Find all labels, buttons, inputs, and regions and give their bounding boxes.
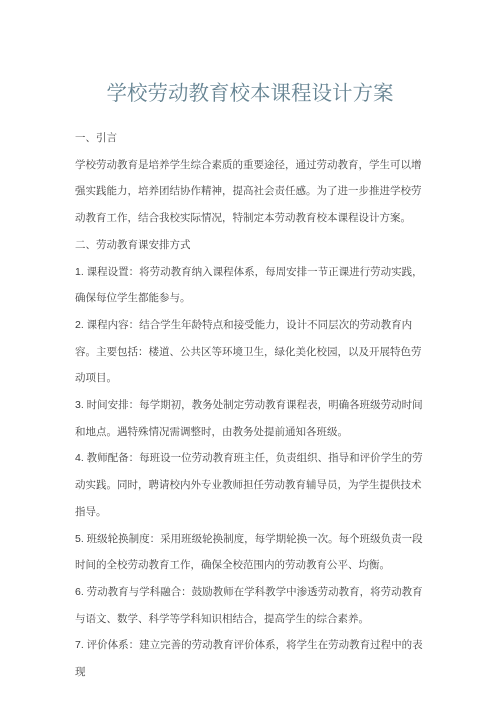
document-title: 学校劳动教育校本课程设计方案 — [20, 80, 480, 107]
document-page: 学校劳动教育校本课程设计方案 一、引言 学校劳动教育是培养学生综合素质的重要途径… — [0, 0, 500, 707]
intro-paragraph: 学校劳动教育是培养学生综合素质的重要途径，通过劳动教育，学生可以增强实践能力，培… — [75, 152, 430, 232]
section-heading-introduction: 一、引言 — [75, 125, 430, 152]
list-item-evaluation-system: 7. 评价体系：建立完善的劳动教育评价体系，将学生在劳动教育过程中的表现 — [75, 632, 430, 685]
list-item-course-content: 2. 课程内容：结合学生年龄特点和接受能力，设计不同层次的劳动教育内容。主要包括… — [75, 312, 430, 392]
section-heading-arrangement: 二、劳动教育课安排方式 — [75, 232, 430, 259]
list-item-subject-integration: 6. 劳动教育与学科融合：鼓励教师在学科教学中渗透劳动教育，将劳动教育与语文、数… — [75, 579, 430, 632]
document-body: 一、引言 学校劳动教育是培养学生综合素质的重要途径，通过劳动教育，学生可以增强实… — [75, 125, 430, 686]
list-item-teacher-staffing: 4. 教师配备：每班设一位劳动教育班主任，负责组织、指导和评价学生的劳动实践。同… — [75, 445, 430, 525]
list-item-time-schedule: 3. 时间安排：每学期初，教务处制定劳动教育课程表，明确各班级劳动时间和地点。遇… — [75, 392, 430, 445]
list-item-class-rotation: 5. 班级轮换制度：采用班级轮换制度，每学期轮换一次。每个班级负责一段时间的全校… — [75, 526, 430, 579]
list-item-course-setup: 1. 课程设置：将劳动教育纳入课程体系，每周安排一节正课进行劳动实践，确保每位学… — [75, 259, 430, 312]
